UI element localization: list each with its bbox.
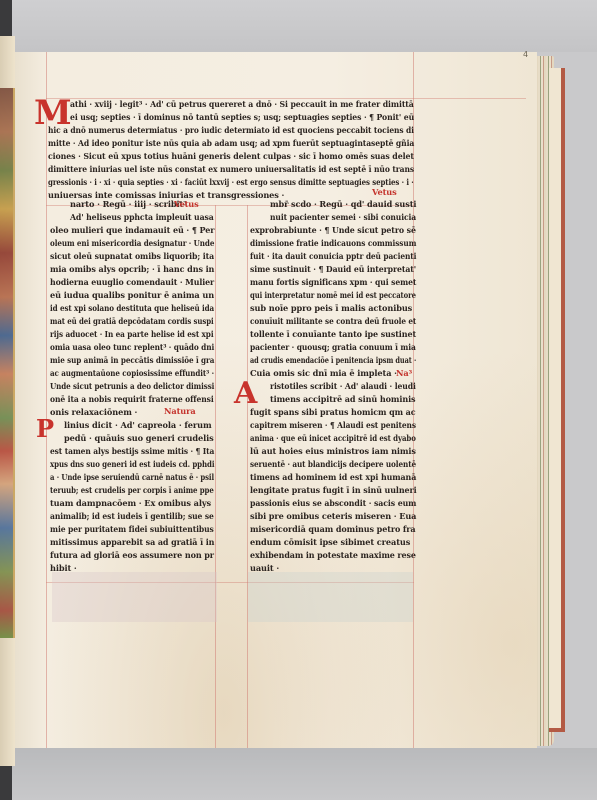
text-line: qui interpretatur nomē mei id est peccat… <box>250 289 416 301</box>
decorated-initial-p: P <box>36 416 54 442</box>
text-line: onis relaxaciōnem · <box>50 406 137 418</box>
right-column: mbr̄ scdo · Regū · qd' dauid susti nuit … <box>248 198 418 578</box>
text-line: mitissimus apparebit sa ad gratiā ī in <box>50 536 214 548</box>
text-line: passionis eius se abscondit · sacis eum <box>250 497 416 509</box>
text-line: linius dicit · Ad' capreola · ferum <box>64 419 212 431</box>
text-line: sicut oleū supnatat omibs liquorib; ita <box>50 250 214 262</box>
text-line: ciones · Sicut eū xpus totius huāni gene… <box>48 150 414 162</box>
rubric-label: Vetus <box>372 186 397 198</box>
text-line: omia uasa oleo tunc replent³ · quādo dni <box>50 341 214 353</box>
faded-area <box>52 572 217 622</box>
text-line: a · Unde ipse seruiendū carnē natus ē · … <box>50 471 214 483</box>
text-line: nuit pacienter semei · sibi conuicia <box>270 211 416 223</box>
text-line: fuit · ita dauit conuicia pptr deū pacie… <box>250 250 416 262</box>
text-line: conuīuit militante se contra deū fruole … <box>250 315 416 327</box>
text-line: manu fortis significans xpm · qui semet <box>250 276 416 288</box>
background-top <box>0 0 597 52</box>
text-line: sub noīe ppro peis ī malis actonibus <box>250 302 412 314</box>
text-line: ristotiles scribit · Ad' alaudi · leudi <box>270 380 416 392</box>
text-line: seruentē · aut blandicijs decipere uolen… <box>250 458 416 470</box>
text-line: exprobrabiunte · ¶ Unde sicut petro sē <box>250 224 416 236</box>
text-line: timens accipitrē ad sinū hominis <box>270 393 416 405</box>
text-line: sime sustinuit · ¶ Dauid eū interpretat' <box>250 263 416 275</box>
text-line: tuam dampnacōem · Ex omibus alys <box>50 497 211 509</box>
rubric-label: Natura <box>164 405 196 417</box>
book-cover-edge <box>549 68 565 732</box>
text-line: pedū · quāuis suo generi crudelis <box>64 432 214 444</box>
text-line: rijs aduocet · In ea parte helise id est… <box>50 328 214 340</box>
text-line: est tamen alys bestijs ssime mitis · ¶ I… <box>50 445 214 457</box>
text-line: misericordiā quam dominus petro fra <box>250 523 416 535</box>
rubric-label: Vetus <box>174 198 199 210</box>
text-line: lengitate pratus fugit ī in sinū uulneri <box>250 484 416 496</box>
text-line: tollente ī conuīante tanto ipe sustinet <box>250 328 416 340</box>
text-line: id est xpi solano destituta que heliseū … <box>50 302 214 314</box>
text-line: mie per puritatem fidei subiuittentibus <box>50 523 214 535</box>
text-line: futura ad gloriā eos assumere non pr <box>50 549 214 561</box>
text-line: Cuia omis sic dnī mia ē impleta · <box>250 367 397 379</box>
facing-page-illumination <box>0 88 15 638</box>
text-line: sibi pre omibus ceteris miseren · Eua <box>250 510 416 522</box>
text-line: eū iudua qualibs ponitur ē anima un <box>50 289 214 301</box>
text-line: lū aut hoies eius ministros iam nimis <box>250 445 416 457</box>
text-line: onē ita a nobis requirit fraterne offens… <box>50 393 214 405</box>
text-line: ei usq; septies · ī dominus nō tantū sep… <box>70 111 414 123</box>
text-line: ac augmentaūone copiosissime effundit³ · <box>50 367 214 379</box>
background-bottom <box>0 748 597 800</box>
text-line: mat eū dei gratiā depcōdatam cordis susp… <box>50 315 214 327</box>
text-line: xpus dns suo generi id est iudeis cd. pp… <box>50 458 214 470</box>
text-line: oleo mulieri que indamauit eū · ¶ Per <box>50 224 214 236</box>
text-line: mia omibs alys opcrib; · ī hanc dns in <box>50 263 214 275</box>
text-line: hibit · <box>50 562 77 574</box>
text-line: dimittere iniurias uel iste nūs constat … <box>48 163 414 175</box>
text-line: exhibendam in potestate maxime rese <box>250 549 416 561</box>
text-line: mie sup animā in peccātis dimissiōe ī gr… <box>50 354 214 366</box>
text-line: gressionis · i · xi · quia septies · xi … <box>48 176 414 188</box>
text-line: dimissione fratie indicauons commissum <box>250 237 416 249</box>
column-heading: narto · Regū · iiij · scribit³ <box>70 198 187 210</box>
text-line: Ad' heliseus pphcta impleuit uasa <box>70 211 214 223</box>
text-line: mbr̄ scdo · Regū · qd' dauid susti <box>270 198 416 210</box>
text-line: mitte · Ad ideo ponitur iste nūs quia ab… <box>48 137 414 149</box>
folio-mark: 4 <box>523 50 528 59</box>
text-line: capitrem miseren · ¶ Alaudi est penitens <box>250 419 416 431</box>
text-line: uauit · <box>250 562 279 574</box>
text-line: timens ad hominem id est xpi humanā <box>250 471 416 483</box>
rubric-label: Na³ <box>396 367 412 379</box>
header-text-block: athi · xviij · legit³ · Ad' cū petrus qu… <box>46 98 416 208</box>
text-line: hic a dnō numerus determiatus · pro iudi… <box>48 124 414 136</box>
text-line: teruub; est crudelis per corpis ī anime … <box>50 484 214 496</box>
text-line: athi · xviij · legit³ · Ad' cū petrus qu… <box>70 98 414 110</box>
text-line: fugit spans sibi pratus homicm qm ac <box>250 406 415 418</box>
text-line: oleum eni misericordia designatur · Unde <box>50 237 214 249</box>
faded-area <box>248 572 413 622</box>
text-line: pacienter · quousq; gratia conuum ī mia <box>250 341 416 353</box>
text-line: endum cōmisit ipse sibimet creatus <box>250 536 410 548</box>
text-line: Unde sicut petrunis a deo delictor dimis… <box>50 380 214 392</box>
text-line: hodierna euuglio comendauit · Mulier <box>50 276 214 288</box>
text-line: animalib; id est iudeis ī gentilib; sue … <box>50 510 214 522</box>
text-line: ad crudis emendaciōe ī penitencia ipsm d… <box>250 354 416 366</box>
left-column: narto · Regū · iiij · scribit³ Vetus Ad'… <box>48 198 216 578</box>
text-line: anima · que eū inicet accipitrē id est d… <box>250 432 416 444</box>
